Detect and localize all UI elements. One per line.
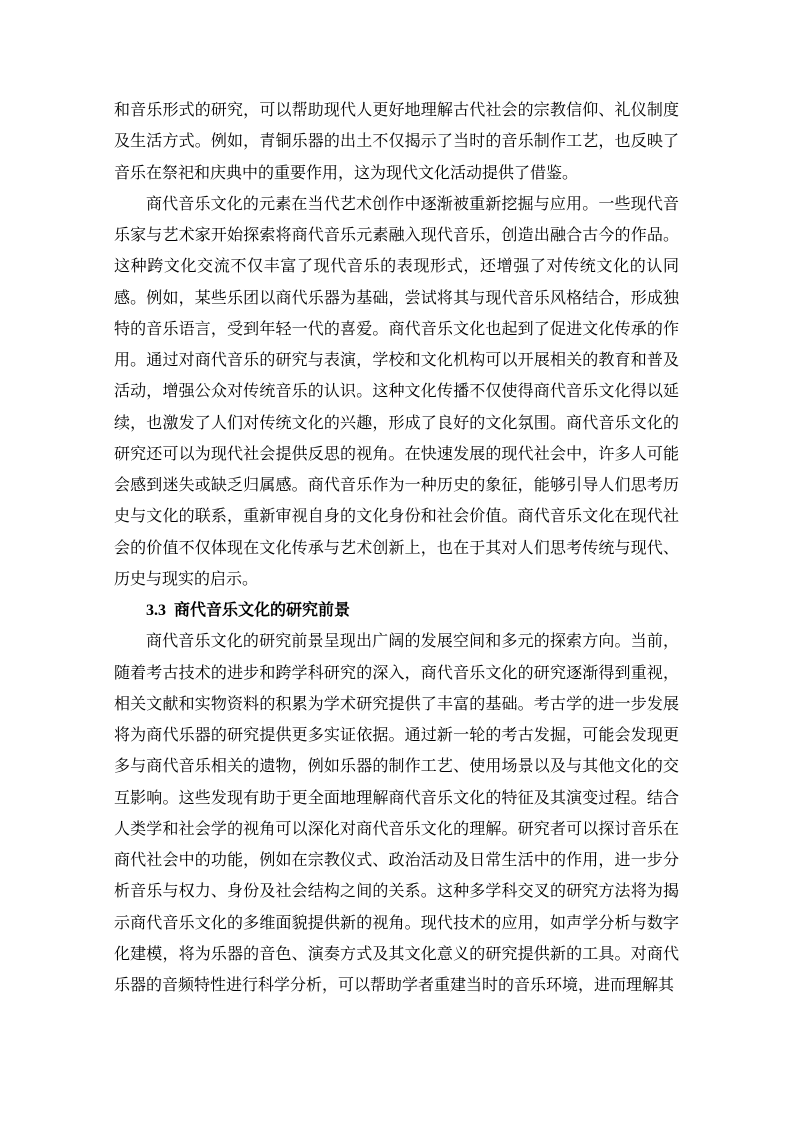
- section-heading: 3.3商代音乐文化的研究前景: [114, 595, 679, 626]
- document-page: 和音乐形式的研究，可以帮助现代人更好地理解古代社会的宗教信仰、礼仪制度及生活方式…: [0, 0, 793, 1122]
- section-number: 3.3: [146, 602, 166, 619]
- section-title: 商代音乐文化的研究前景: [174, 602, 350, 619]
- paragraph-continued: 和音乐形式的研究，可以帮助现代人更好地理解古代社会的宗教信仰、礼仪制度及生活方式…: [114, 95, 679, 189]
- paragraph: 商代音乐文化的研究前景呈现出广阔的发展空间和多元的探索方向。当前，随着考古技术的…: [114, 626, 679, 1001]
- paragraph: 商代音乐文化的元素在当代艺术创作中逐渐被重新挖掘与应用。一些现代音乐家与艺术家开…: [114, 189, 679, 595]
- document-body: 和音乐形式的研究，可以帮助现代人更好地理解古代社会的宗教信仰、礼仪制度及生活方式…: [114, 95, 679, 1001]
